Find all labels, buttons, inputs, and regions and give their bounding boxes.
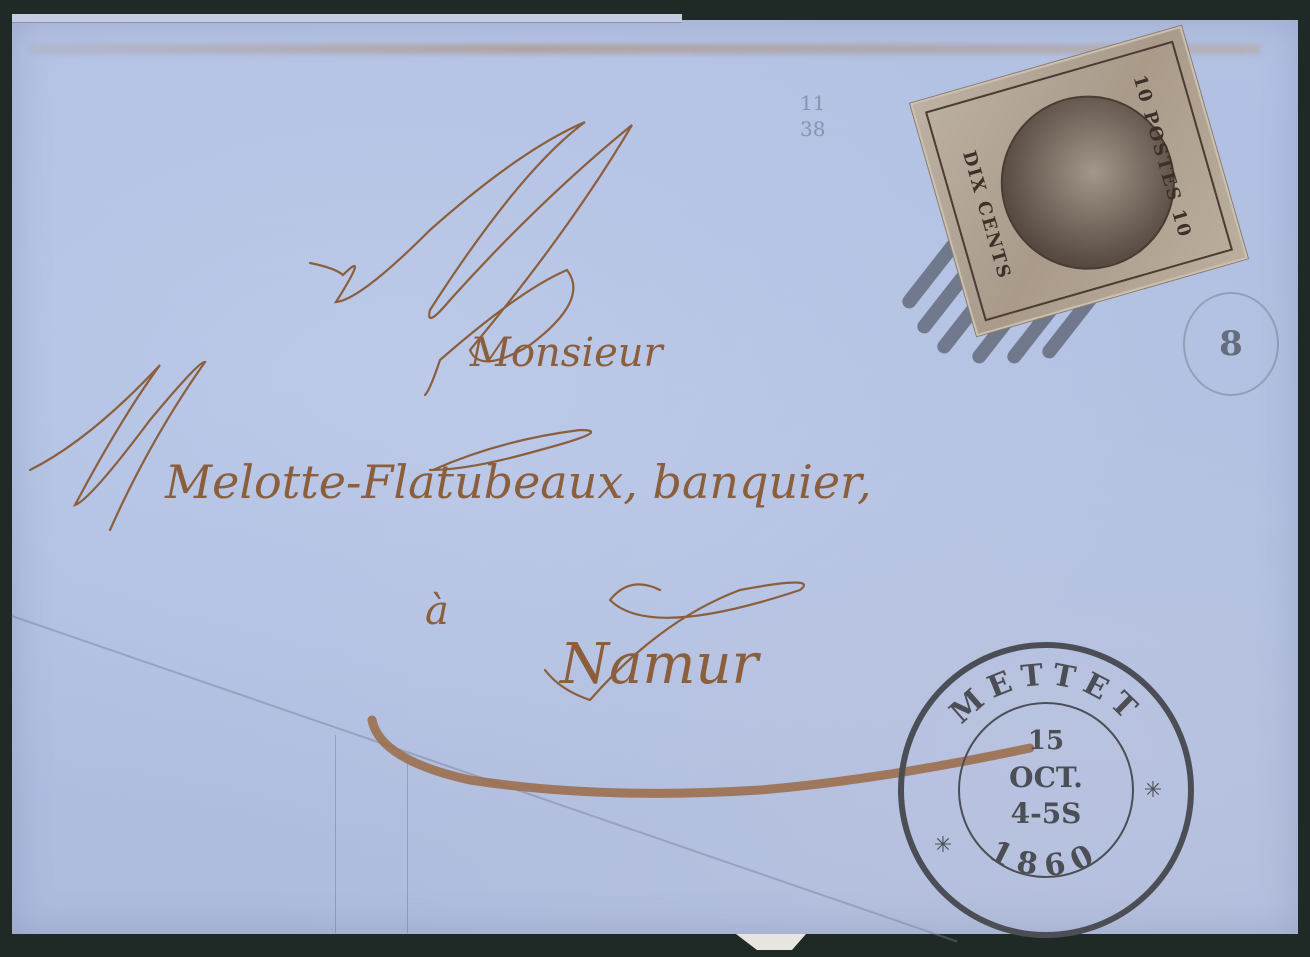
postmark-ornament-left: ✳ (934, 833, 952, 858)
postmark-mettet: METTET 1860 15 OCT. 4-5S ✳ ✳ (893, 637, 1199, 943)
postmark-time: 4-5S (1011, 797, 1082, 830)
svg-text:METTET: METTET (943, 657, 1149, 731)
address-salutation: Monsieur (470, 330, 663, 376)
postmark-day: 15 (1028, 726, 1064, 756)
postmark-town: METTET (943, 657, 1149, 731)
address-city: Namur (560, 632, 758, 697)
postmark-ornament-right: ✳ (1144, 778, 1162, 803)
postmark-month: OCT. (1009, 761, 1083, 794)
address-preposition: à (425, 588, 449, 634)
address-name: Melotte-Flatubeaux, banquier, (165, 455, 872, 509)
